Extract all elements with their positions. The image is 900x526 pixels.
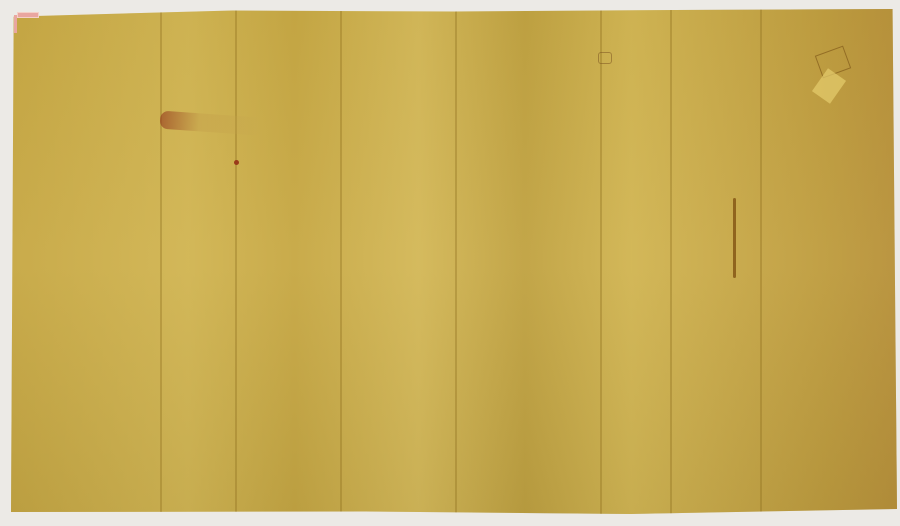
- inventory-label-tag: [17, 12, 39, 18]
- fabric-mark: [598, 52, 612, 64]
- inventory-label-tag-vertical: [14, 15, 17, 33]
- textile-panel: [11, 9, 897, 514]
- seam-line: [455, 9, 457, 514]
- seam-line: [340, 9, 342, 514]
- fabric-slit: [733, 198, 736, 278]
- seam-line: [160, 9, 162, 514]
- seam-line: [235, 9, 237, 514]
- seam-line: [760, 9, 762, 514]
- red-stain: [234, 160, 239, 165]
- seam-line: [600, 9, 602, 514]
- seam-line: [670, 9, 672, 514]
